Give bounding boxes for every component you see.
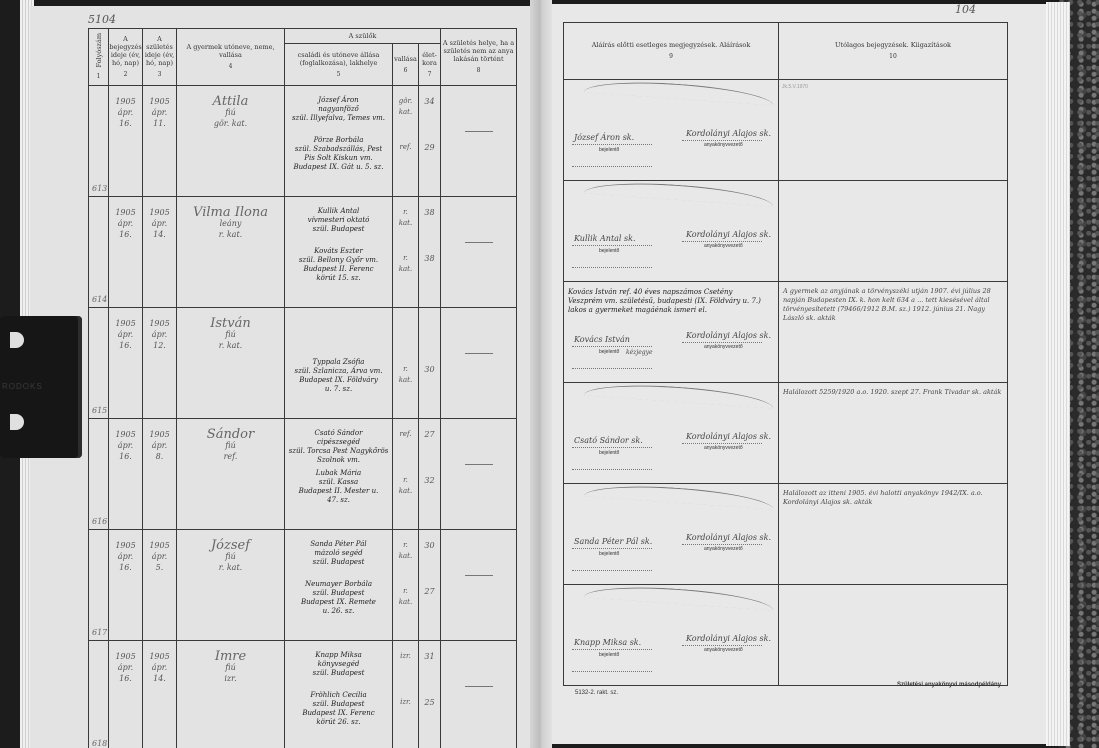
reporter-label: bejelentő (599, 450, 619, 456)
table-row: József Áron sk. bejelentő Kordolányi Ala… (564, 80, 1008, 181)
father-info: József Áronnagyanfözőszül. Illyefalva, T… (288, 96, 389, 136)
parents-religion: gör. kat. ref. (393, 86, 419, 197)
header-parent-name: családi és utóneve állása (foglalkozása)… (285, 44, 393, 86)
table-row: Knapp Miksa sk. bejelentő Kordolányi Ala… (564, 585, 1008, 686)
serial-cell: 614 (89, 197, 109, 308)
header-later-entries: Utólagos bejegyzések. Kiigazítások10 (779, 23, 1008, 80)
reporter-mark: kézjegye (626, 347, 653, 358)
right-page-edges (1046, 2, 1070, 746)
registrar-label: anyakönyvvezető (704, 445, 743, 451)
father-info (288, 318, 389, 358)
registrar-signature: Kordolányi Alajos sk. (686, 431, 771, 442)
birth-date: 1905ápr.11. (143, 86, 177, 197)
child-name: Attila (180, 96, 281, 107)
later-entry-text (779, 585, 1007, 590)
parents-info: Kullik Antalvívmesteri oktatószül. Budap… (285, 197, 393, 308)
cancel-stroke (584, 481, 775, 509)
serial-cell: 616 (89, 419, 109, 530)
serial-cell: 618 (89, 641, 109, 748)
serial-cell: 613 (89, 86, 109, 197)
later-entries-cell: Halálozott az itteni 1905. évi halotti a… (779, 484, 1008, 585)
registrar-signature: Kordolányi Alajos sk. (686, 229, 771, 240)
signatures-cell: Kovács István ref. 40 éves napszámos Cse… (564, 282, 779, 383)
serial-number: 613 (92, 183, 107, 194)
parents-info: Typpala Zsófiaszül. Szlanicza, Árva vm.B… (285, 308, 393, 419)
header-serial: Folyószám1 (89, 29, 109, 86)
table-row: Sanda Péter Pál sk. bejelentő Kordolányi… (564, 484, 1008, 585)
child-name: István (180, 318, 281, 329)
registration-date: 1905ápr.16. (109, 641, 143, 748)
birth-date: 1905ápr.14. (143, 197, 177, 308)
birth-date: 1905ápr.5. (143, 530, 177, 641)
reporter-signature: Knapp Miksa sk. (574, 637, 641, 648)
signatures-cell: Knapp Miksa sk. bejelentő Kordolányi Ala… (564, 585, 779, 686)
header-birth-date: A születés ideje (év, hó, nap)3 (143, 29, 177, 86)
signatures-cell: József Áron sk. bejelentő Kordolányi Ala… (564, 80, 779, 181)
header-registration-date: A bejegyzés ideje (év, hó, nap)2 (109, 29, 143, 86)
registrar-signature: Kordolányi Alajos sk. (686, 532, 771, 543)
signatures-cell: Sanda Péter Pál sk. bejelentő Kordolányi… (564, 484, 779, 585)
child-name: Sándor (180, 429, 281, 440)
birth-register-right: Aláírás előtti esetleges megjegyzések. A… (563, 22, 1008, 686)
clip-brand: RODOKS (2, 382, 43, 391)
later-entries-cell (779, 181, 1008, 282)
reporter-label: bejelentő (599, 551, 619, 557)
serial-cell: 615 (89, 308, 109, 419)
header-age: élet-kora7 (419, 44, 441, 86)
mother-info: Neumayer Borbálaszül. BudapestBudapest I… (288, 580, 389, 616)
parents-age: 30 27 (419, 530, 441, 641)
parents-age: 31 25 (419, 641, 441, 748)
mother-info: Pörze Borbálaszül. Szabadszállás, PestPi… (288, 136, 389, 172)
table-row: 614 1905ápr.16. 1905ápr.14. Vilma Ilona … (89, 197, 517, 308)
father-info: Csató Sándorcipészsegédszül. Torcsa Pest… (288, 429, 389, 469)
table-row: 618 1905ápr.16. 1905ápr.14. Imre fiú izr… (89, 641, 517, 748)
table-row: Kovács István ref. 40 éves napszámos Cse… (564, 282, 1008, 383)
registrar-label: anyakönyvvezető (704, 546, 743, 552)
registrar-label: anyakönyvvezető (704, 647, 743, 653)
header-birthplace: A születés helye, ha a születés nem az a… (441, 29, 517, 86)
table-row: 616 1905ápr.16. 1905ápr.8. Sándor fiú re… (89, 419, 517, 530)
child-info: Sándor fiú ref. (177, 419, 285, 530)
later-entry-text: A gyermek az anyjának a törvényszéki utj… (779, 282, 1007, 323)
parents-age: 38 38 (419, 197, 441, 308)
serial-cell: 617 (89, 530, 109, 641)
signatures-cell: Csató Sándor sk. bejelentő Kordolányi Al… (564, 383, 779, 484)
parents-age: 34 29 (419, 86, 441, 197)
parents-age: 30 (419, 308, 441, 419)
reporter-label: bejelentő (599, 147, 619, 153)
birthplace (441, 641, 517, 748)
registration-date: 1905ápr.16. (109, 308, 143, 419)
later-entries-cell (779, 585, 1008, 686)
father-info: Knapp Miksakönyvsegédszül. Budapest (288, 651, 389, 691)
child-info: Vilma Ilona leány r. kat. (177, 197, 285, 308)
serial-number: 616 (92, 516, 107, 527)
reporter-signature: Csató Sándor sk. (574, 435, 643, 446)
registrar-signature: Kordolányi Alajos sk. (686, 128, 771, 139)
serial-number: 615 (92, 405, 107, 416)
empty-dash (465, 353, 493, 354)
child-info: István fiú r. kat. (177, 308, 285, 419)
registration-date: 1905ápr.16. (109, 530, 143, 641)
birth-date: 1905ápr.12. (143, 308, 177, 419)
later-entries-cell: A gyermek az anyjának a törvényszéki utj… (779, 282, 1008, 383)
table-row: 613 1905ápr.16. 1905ápr.11. Attila fiú g… (89, 86, 517, 197)
form-code: 5132-2. rakt. sz. (575, 690, 618, 696)
parents-religion: r. kat. r. kat. (393, 197, 419, 308)
remark-text: Kovács István ref. 40 éves napszámos Cse… (568, 288, 768, 315)
table-row: Kullik Antal sk. bejelentő Kordolányi Al… (564, 181, 1008, 282)
child-name: Vilma Ilona (180, 207, 281, 218)
cancel-stroke (584, 380, 775, 408)
parents-age: 27 32 (419, 419, 441, 530)
child-name: Imre (180, 651, 281, 662)
birthplace (441, 530, 517, 641)
later-entry-text: Halálozott az itteni 1905. évi halotti a… (779, 484, 1007, 507)
mother-info: Kováts Eszterszül. Bellony Győr vm.Budap… (288, 247, 389, 283)
birth-date: 1905ápr.14. (143, 641, 177, 748)
father-info: Kullik Antalvívmesteri oktatószül. Budap… (288, 207, 389, 247)
mother-info: Typpala Zsófiaszül. Szlanicza, Árva vm.B… (288, 358, 389, 394)
later-entries-cell: Jk.5.V.1970 (779, 80, 1008, 181)
registration-date: 1905ápr.16. (109, 86, 143, 197)
registration-date: 1905ápr.16. (109, 419, 143, 530)
right-page-number: 104 (955, 4, 976, 15)
serial-number: 618 (92, 738, 107, 748)
table-row: 615 1905ápr.16. 1905ápr.12. István fiú r… (89, 308, 517, 419)
child-name: József (180, 540, 281, 551)
reporter-label: bejelentő (599, 652, 619, 658)
signatures-cell: Kullik Antal sk. bejelentő Kordolányi Al… (564, 181, 779, 282)
birthplace (441, 197, 517, 308)
cancel-stroke (584, 582, 775, 610)
header-parents: A szülők (285, 29, 441, 44)
parents-info: Sanda Péter Pálmázoló segédszül. Budapes… (285, 530, 393, 641)
registrar-signature: Kordolányi Alajos sk. (686, 330, 771, 341)
reporter-signature: Sanda Péter Pál sk. (574, 536, 652, 547)
parents-info: Knapp Miksakönyvsegédszül. Budapest Fröh… (285, 641, 393, 748)
empty-dash (465, 131, 493, 132)
reporter-signature: Kovács István (574, 334, 630, 345)
parents-religion: r. kat. r. kat. (393, 530, 419, 641)
mother-info: Fröhlich Ceciliaszül. BudapestBudapest I… (288, 691, 389, 727)
stamp-text: Jk.5.V.1970 (779, 80, 1007, 90)
binder-clip: RODOKS (0, 316, 82, 458)
empty-dash (465, 575, 493, 576)
registrar-signature: Kordolányi Alajos sk. (686, 633, 771, 644)
serial-number: 617 (92, 627, 107, 638)
reporter-signature: József Áron sk. (574, 132, 634, 143)
cancel-stroke (584, 178, 775, 206)
header-remarks-signatures: Aláírás előtti esetleges megjegyzések. A… (564, 23, 779, 80)
birth-date: 1905ápr.8. (143, 419, 177, 530)
header-child: A gyermek utóneve, neme, vallása4 (177, 29, 285, 86)
parents-info: Csató Sándorcipészsegédszül. Torcsa Pest… (285, 419, 393, 530)
table-row: Csató Sándor sk. bejelentő Kordolányi Al… (564, 383, 1008, 484)
mother-info: Lubak Máriaszül. KassaBudapest II. Meste… (288, 469, 389, 505)
parents-religion: r. kat. (393, 308, 419, 419)
birthplace (441, 419, 517, 530)
header-religion: vallása6 (393, 44, 419, 86)
book-gutter (530, 0, 552, 748)
registration-date: 1905ápr.16. (109, 197, 143, 308)
left-page-number: 5104 (88, 14, 116, 25)
later-entry-text (779, 90, 1007, 95)
empty-dash (465, 242, 493, 243)
father-info: Sanda Péter Pálmázoló segédszül. Budapes… (288, 540, 389, 580)
child-info: Imre fiú izr. (177, 641, 285, 748)
later-entry-text: Halálozott 5259/1920 a.o. 1920. szept 27… (779, 383, 1007, 397)
reporter-signature: Kullik Antal sk. (574, 233, 636, 244)
parents-info: József Áronnagyanfözőszül. Illyefalva, T… (285, 86, 393, 197)
later-entries-cell: Halálozott 5259/1920 a.o. 1920. szept 27… (779, 383, 1008, 484)
parents-religion: izr. izr. (393, 641, 419, 748)
birthplace (441, 86, 517, 197)
table-row: 617 1905ápr.16. 1905ápr.5. József fiú r.… (89, 530, 517, 641)
birth-register-left: Folyószám1 A bejegyzés ideje (év, hó, na… (88, 28, 517, 748)
registrar-label: anyakönyvvezető (704, 142, 743, 148)
later-entry-text (779, 181, 1007, 186)
serial-number: 614 (92, 294, 107, 305)
empty-dash (465, 464, 493, 465)
child-info: József fiú r. kat. (177, 530, 285, 641)
registrar-label: anyakönyvvezető (704, 344, 743, 350)
birthplace (441, 308, 517, 419)
register-title: Születési anyakönyvi másodpéldány. (897, 682, 1002, 688)
reporter-label: bejelentő (599, 349, 619, 355)
reporter-label: bejelentő (599, 248, 619, 254)
cancel-stroke (584, 77, 775, 105)
registrar-label: anyakönyvvezető (704, 243, 743, 249)
empty-dash (465, 686, 493, 687)
parents-religion: ref. r. kat. (393, 419, 419, 530)
child-info: Attila fiú gör. kat. (177, 86, 285, 197)
